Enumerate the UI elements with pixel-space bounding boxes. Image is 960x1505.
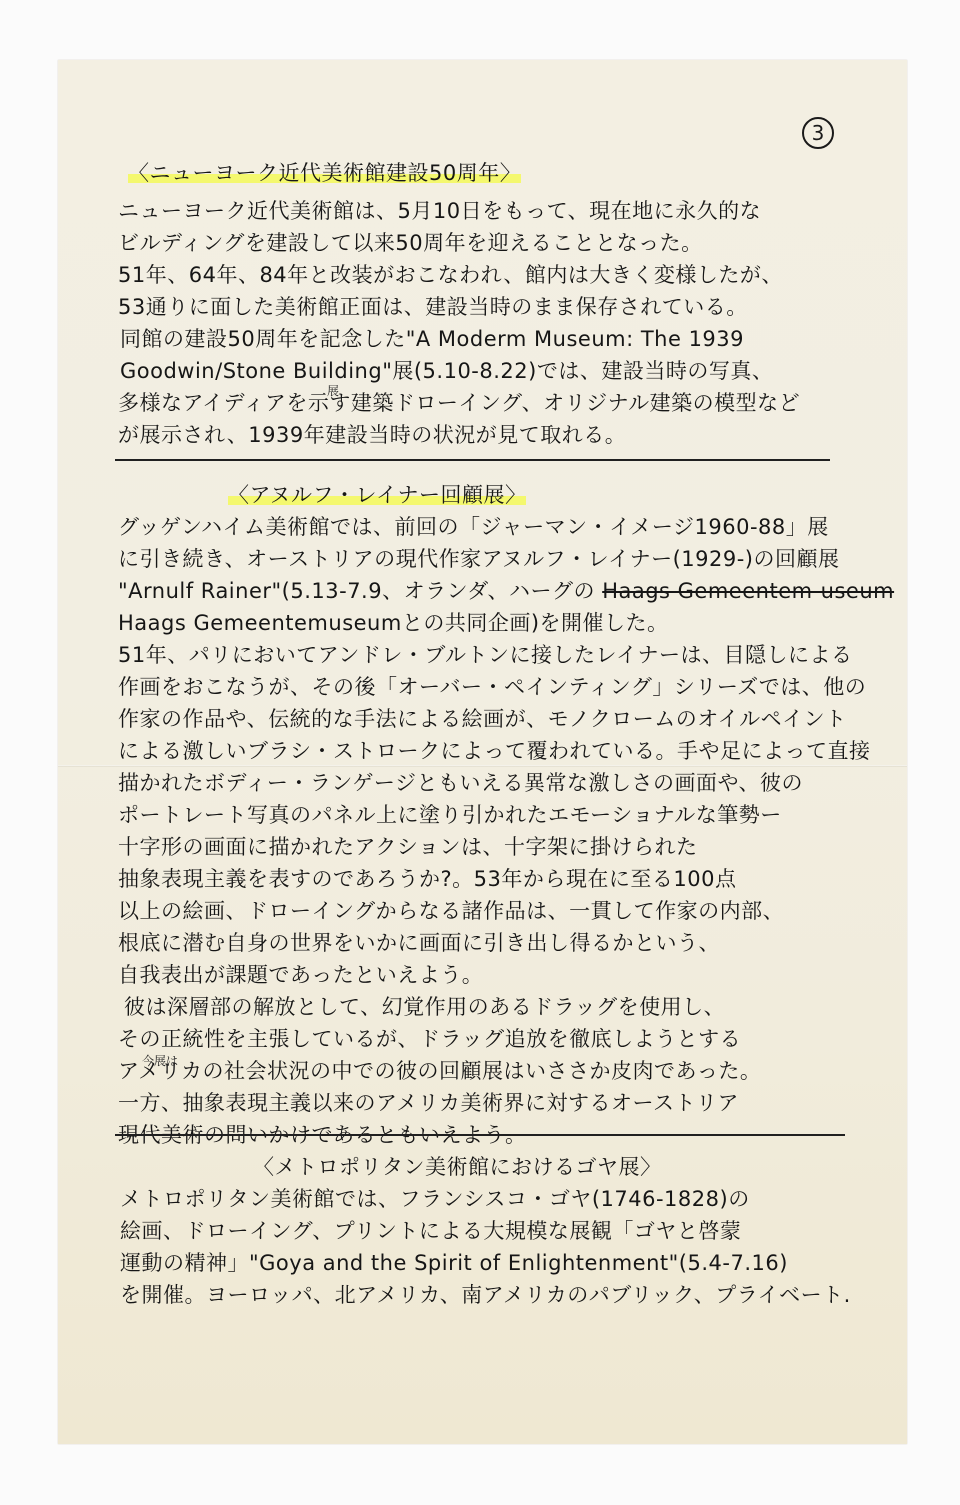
text-line: その正統性を主張しているが、ドラッグ追放を徹底しようとする: [118, 1026, 741, 1052]
text-line: 51年、64年、84年と改装がおこなわれ、館内は大きく変様したが、: [118, 262, 783, 288]
text-line: アメリカの社会状況の中での彼の回顧展はいささか皮肉であった。: [118, 1058, 761, 1084]
text-line: による激しいブラシ・ストロークによって覆われている。手や足によって直接: [118, 738, 871, 764]
text-line: Goodwin/Stone Building"展(5.10-8.22)では、建設…: [120, 358, 773, 384]
text-line: ポートレート写真のパネル上に塗り引かれたエモーショナルな筆勢ー: [118, 802, 782, 828]
text-line: 51年、パリにおいてアンドレ・ブルトンに接したレイナーは、目隠しによる: [118, 642, 853, 668]
section-divider: [115, 1134, 845, 1136]
section-divider: [115, 459, 830, 461]
text-line: 十字形の画面に描かれたアクションは、十字架に掛けられた: [118, 834, 697, 860]
text-line: 作画をおこなうが、その後「オーバー・ペインティング」シリーズでは、他の: [118, 674, 866, 700]
section-title-moma: 〈ニューヨーク近代美術館建設50周年〉: [128, 161, 521, 185]
text-line: メトロポリタン美術館では、フランシスコ・ゴヤ(1746-1828)の: [120, 1186, 750, 1212]
text-line: 運動の精神」"Goya and the Spirit of Enlightenm…: [120, 1250, 788, 1276]
paper-fold-crease: [58, 765, 907, 767]
text-line: 53通りに面した美術館正面は、建設当時のまま保存されている。: [118, 294, 748, 320]
text-line: ビルディングを建設して以来50周年を迎えることとなった。: [118, 230, 703, 256]
text-line: "Arnulf Rainer"(5.13-7.9、オランダ、ハーグの Haags…: [118, 578, 894, 604]
text-line: 作家の作品や、伝統的な手法による絵画が、モノクロームのオイルペイント: [118, 706, 847, 732]
section-title-rainer: 〈アヌルフ・レイナー回顧展〉: [228, 483, 526, 507]
text-line: 一方、抽象表現主義以来のアメリカ美術界に対するオーストリア: [118, 1090, 739, 1116]
insertion-mark: 今展は: [142, 1052, 178, 1069]
text-line: 描かれたボディー・ランゲージともいえる異常な激しさの画面や、彼の: [118, 770, 803, 796]
circled-page-number: 3: [802, 117, 834, 149]
text-line-segment: "Arnulf Rainer"(5.13-7.9、オランダ、ハーグの: [118, 579, 595, 603]
text-line: 多様なアイディアを示す建築ドローイング、オリジナル建築の模型など: [118, 390, 800, 416]
text-line: 抽象表現主義を表すのであろうか?。53年から現在に至る100点: [118, 866, 736, 892]
insertion-mark: 展: [327, 382, 339, 399]
text-line: 同館の建設50周年を記念した"A Moderm Museum: The 1939: [120, 326, 744, 352]
text-line: グッゲンハイム美術館では、前回の「ジャーマン・イメージ1960-88」展: [118, 514, 829, 540]
text-line: 自我表出が課題であったといえよう。: [118, 962, 483, 988]
text-line: 根底に潜む自身の世界をいかに画面に引き出し得るかという、: [118, 930, 720, 956]
text-line: を開催。ヨーロッパ、北アメリカ、南アメリカのパブリック、プライベート.: [120, 1282, 851, 1308]
text-line: Haags Gemeentemuseumとの共同企画)を開催した。: [118, 610, 669, 636]
struck-through-text: Haags Gemeentem-useum: [602, 579, 894, 603]
text-line: 絵画、ドローイング、プリントによる大規模な展観「ゴヤと啓蒙: [120, 1218, 741, 1244]
text-line: が展示され、1939年建設当時の状況が見て取れる。: [118, 422, 626, 448]
text-line: に引き続き、オーストリアの現代作家アヌルフ・レイナー(1929-)の回顧展: [118, 546, 840, 572]
text-line: 以上の絵画、ドローイングからなる諸作品は、一貫して作家の内部、: [118, 898, 784, 924]
section-title-goya: 〈メトロポリタン美術館におけるゴヤ展〉: [253, 1154, 662, 1180]
text-line: ニューヨーク近代美術館は、5月10日をもって、現在地に永久的な: [118, 198, 761, 224]
text-line: 彼は深層部の解放として、幻覚作用のあるドラッグを使用し、: [124, 994, 725, 1020]
